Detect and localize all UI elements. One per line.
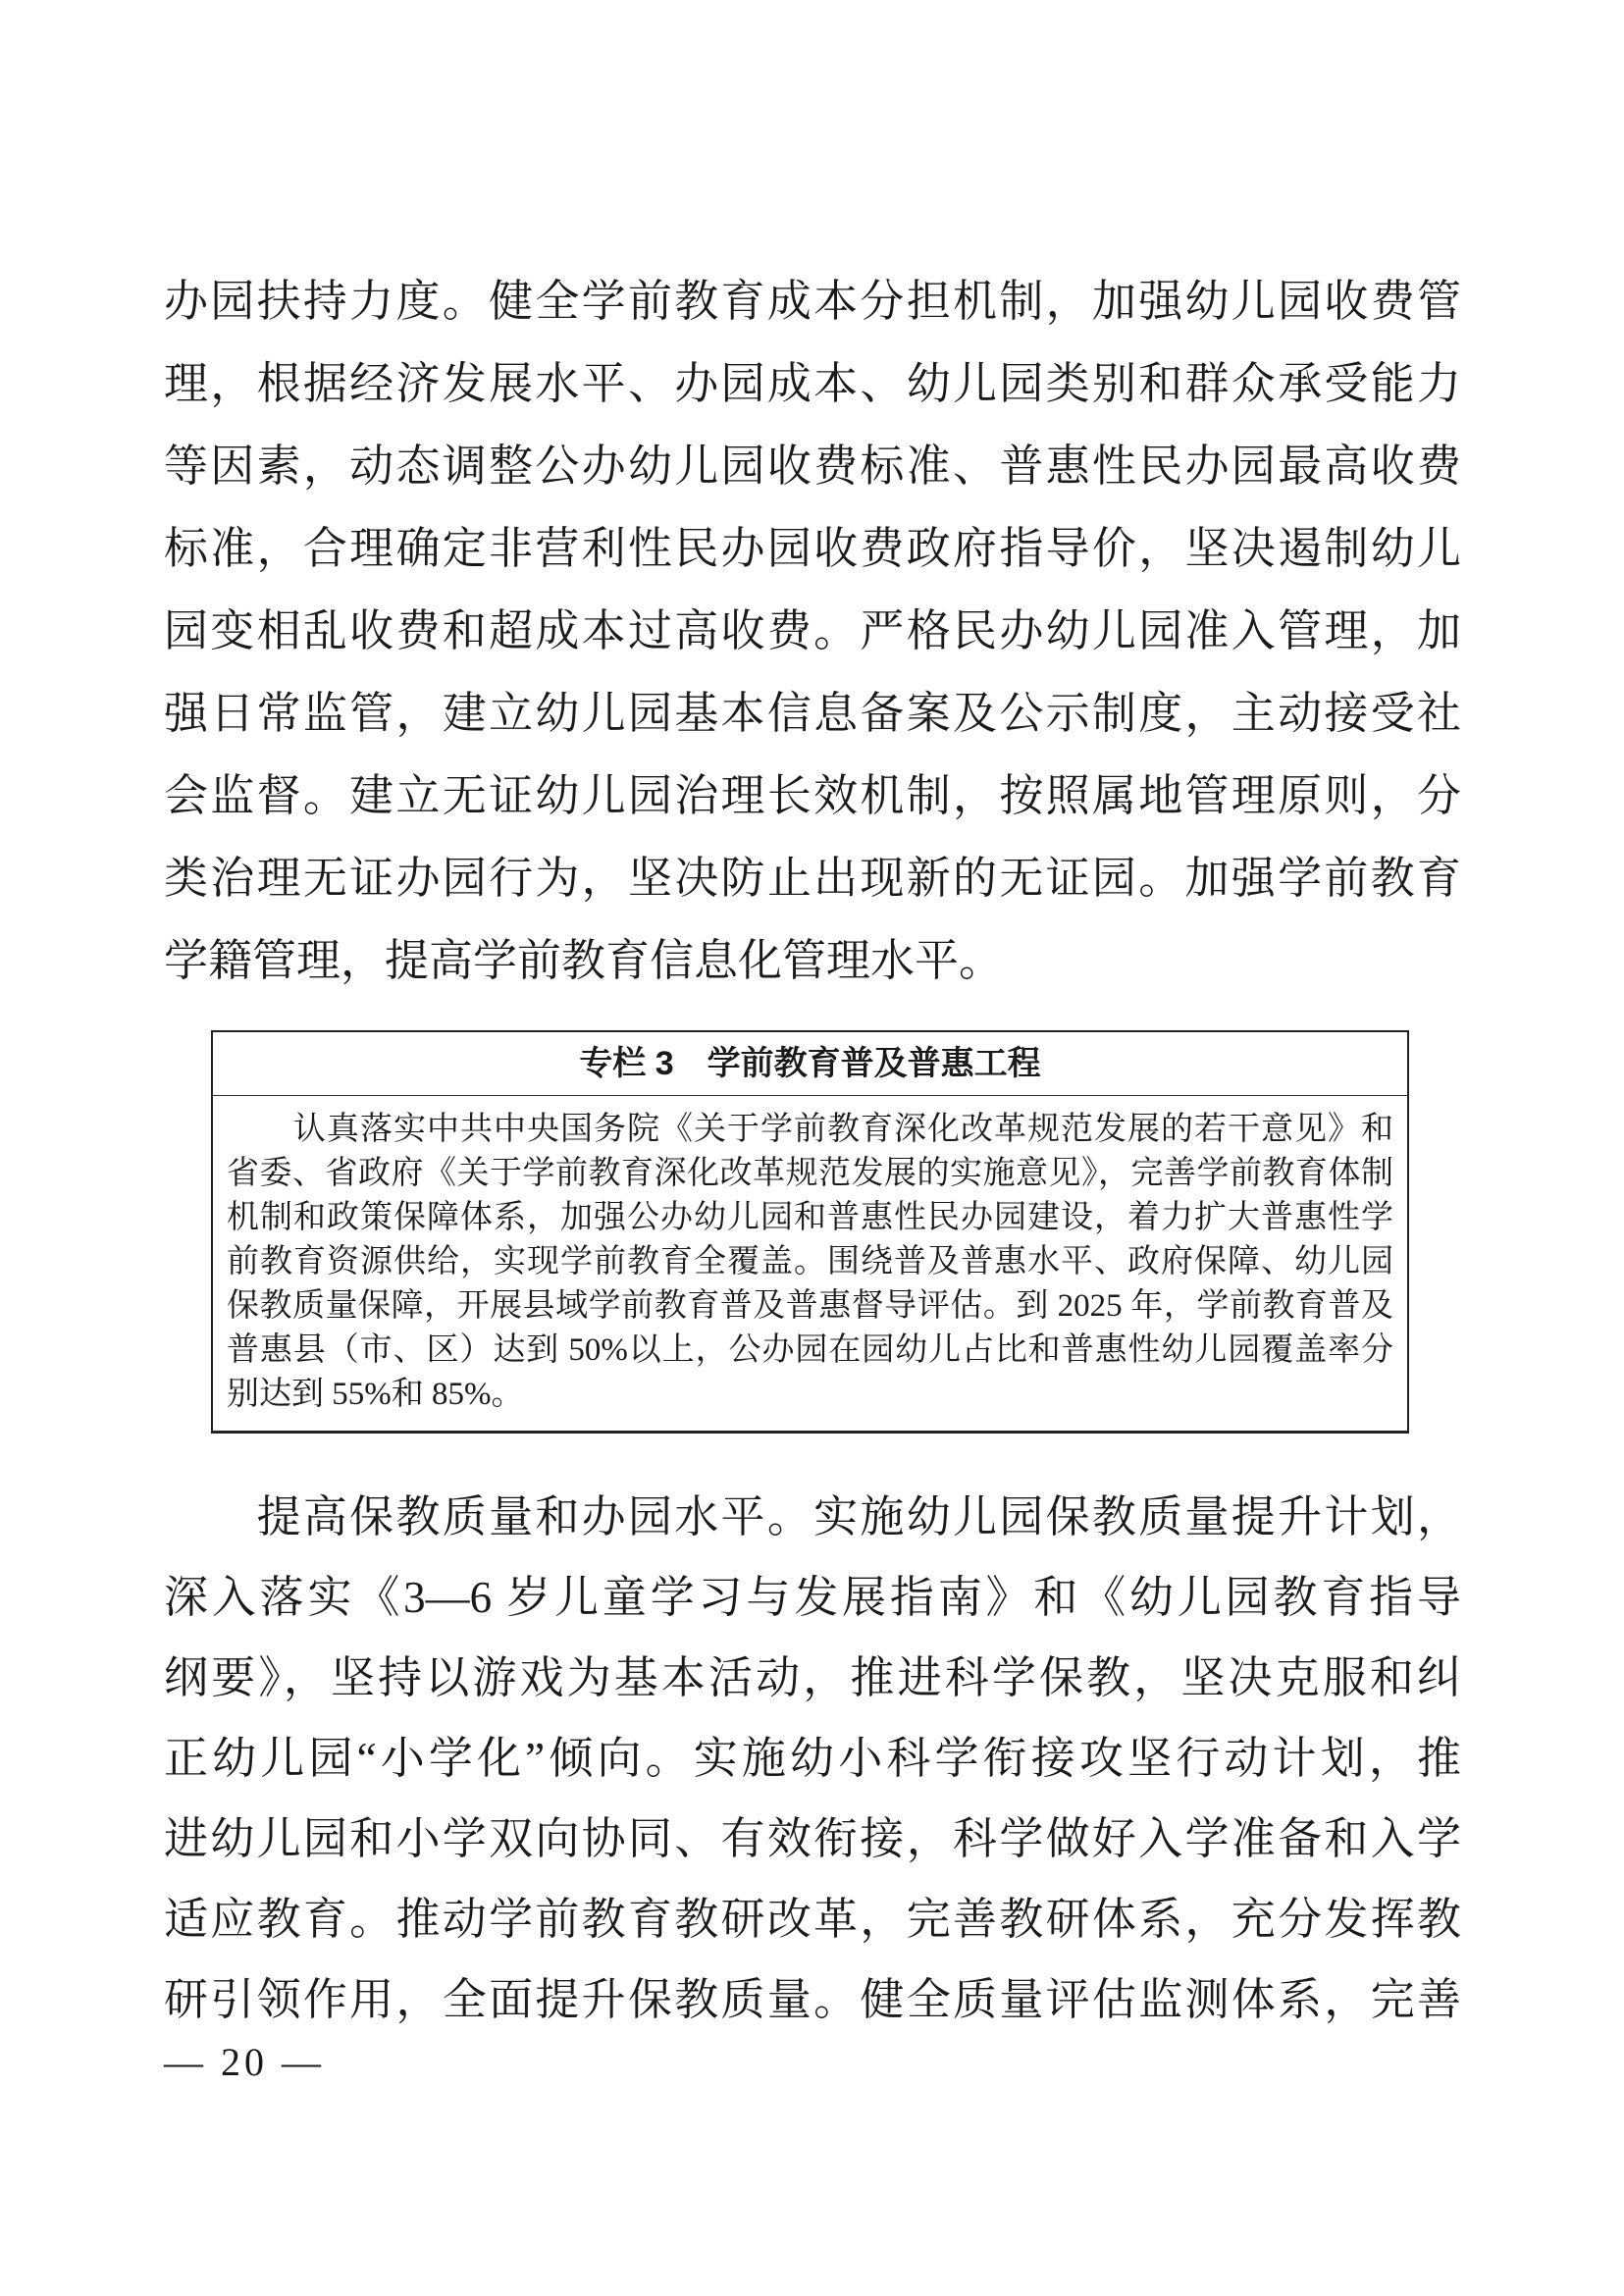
paragraph-1: 办园扶持力度。健全学前教育成本分担机制，加强幼儿园收费管 理，根据经济发展水平、… [164, 260, 1461, 1002]
body-text-line: 等因素，动态调整公办幼儿园收费标准、普惠性民办园最高收费 [164, 425, 1461, 507]
body-text-line: 类治理无证办园行为，坚决防止出现新的无证园。加强学前教育 [164, 837, 1461, 919]
box-text-line: 机制和政策保障体系，加强公办幼儿园和普惠性民办园建设，着力扩大普惠性学 [227, 1196, 1393, 1240]
box-text-line: 普惠县（市、区）达到 50%以上，公办园在园幼儿占比和普惠性幼儿园覆盖率分 [227, 1329, 1393, 1373]
box-text-line: 保教质量保障，开展县域学前教育普及普惠督导评估。到 2025 年，学前教育普及 [227, 1284, 1393, 1329]
body-text-line: 办园扶持力度。健全学前教育成本分担机制，加强幼儿园收费管 [164, 260, 1461, 342]
feature-box-column3: 专栏 3 学前教育普及普惠工程 认真落实中共中央国务院《关于学前教育深化改革规范… [211, 1030, 1409, 1434]
feature-box-title: 专栏 3 学前教育普及普惠工程 [213, 1032, 1407, 1096]
body-text-line: 会监督。建立无证幼儿园治理长效机制，按照属地管理原则，分 [164, 755, 1461, 837]
body-text-line: 理，根据经济发展水平、办园成本、幼儿园类别和群众承受能力 [164, 342, 1461, 425]
body-text-line: 学籍管理，提高学前教育信息化管理水平。 [164, 919, 1461, 1002]
body-text-line: 园变相乱收费和超成本过高收费。严格民办幼儿园准入管理，加 [164, 590, 1461, 672]
box-text-line: 前教育资源供给，实现学前教育全覆盖。围绕普及普惠水平、政府保障、幼儿园 [227, 1240, 1393, 1284]
body-text-line: 强日常监管，建立幼儿园基本信息备案及公示制度，主动接受社 [164, 672, 1461, 755]
body-text-line: 正幼儿园“小学化”倾向。实施幼小科学衔接攻坚行动计划，推 [164, 1718, 1461, 1799]
body-text-line: 纲要》，坚持以游戏为基本活动，推进科学保教，坚决克服和纠 [164, 1638, 1461, 1718]
body-text-line: 进幼儿园和小学双向协同、有效衔接，科学做好入学准备和入学 [164, 1799, 1461, 1879]
feature-box-body: 认真落实中共中央国务院《关于学前教育深化改革规范发展的若干意见》和 省委、省政府… [213, 1096, 1407, 1431]
body-text-line: 研引领作用，全面提升保教质量。健全质量评估监测体系，完善 [164, 1959, 1461, 2040]
page-number: — 20 — [164, 2039, 325, 2086]
box-text-line: 别达到 55%和 85%。 [227, 1373, 1393, 1417]
body-text-line: 深入落实《3—6 岁儿童学习与发展指南》和《幼儿园教育指导 [164, 1557, 1461, 1638]
body-text-line: 提高保教质量和办园水平。实施幼儿园保教质量提升计划， [164, 1477, 1461, 1557]
body-text-line: 适应教育。推动学前教育教研改革，完善教研体系，充分发挥教 [164, 1879, 1461, 1959]
box-text-line: 省委、省政府《关于学前教育深化改革规范发展的实施意见》，完善学前教育体制 [227, 1152, 1393, 1196]
paragraph-2: 提高保教质量和办园水平。实施幼儿园保教质量提升计划， 深入落实《3—6 岁儿童学… [164, 1477, 1461, 2040]
document-page: 办园扶持力度。健全学前教育成本分担机制，加强幼儿园收费管 理，根据经济发展水平、… [0, 0, 1624, 2296]
body-text-line: 标准，合理确定非营利性民办园收费政府指导价，坚决遏制幼儿 [164, 507, 1461, 590]
box-text-line: 认真落实中共中央国务院《关于学前教育深化改革规范发展的若干意见》和 [227, 1108, 1393, 1152]
